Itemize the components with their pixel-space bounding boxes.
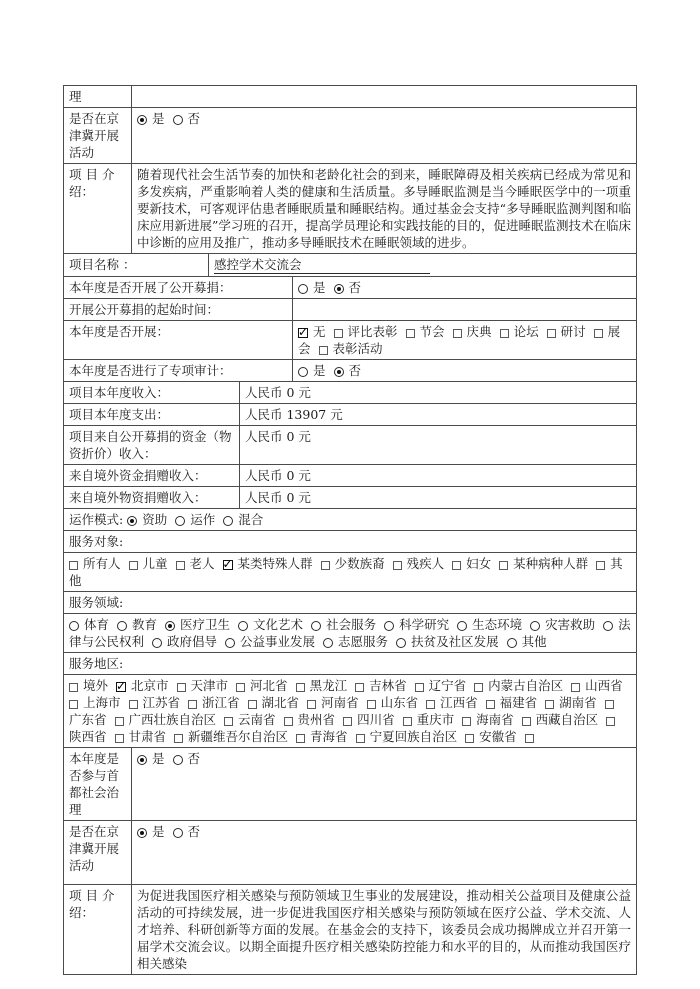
option-label: 教育: [132, 617, 157, 632]
option-label: 否: [188, 111, 201, 126]
option-label: 境外: [83, 678, 108, 693]
form-option: 福建省: [486, 695, 538, 710]
radio-group-audit: 是否: [293, 360, 636, 381]
option-label: 无: [313, 324, 326, 339]
option-label: 扶贫及社区发展: [411, 634, 499, 649]
form-option: 社会服务: [311, 617, 376, 632]
checkbox-icon[interactable]: [296, 683, 305, 692]
form-option: 境外: [69, 678, 108, 693]
checkbox-icon[interactable]: [571, 683, 580, 692]
radio-icon[interactable]: [173, 755, 183, 765]
section-label: 服务地区:: [64, 653, 636, 674]
field-label: 项 目 介 绍：: [64, 885, 132, 974]
row-public-fundraising-income: 项目来自公开募捐的资金（物资折价）收入： 人民币 0 元: [64, 425, 636, 464]
checkbox-icon[interactable]: [452, 561, 461, 570]
form-option: 甘肃省: [115, 729, 167, 744]
option-label: 吉林省: [369, 678, 407, 693]
radio-icon[interactable]: [396, 638, 406, 648]
project-intro-text-2: 为促进我国医疗相关感染与预防领域卫生事业的发展建设，推动相关公益项目及健康公益活…: [132, 885, 636, 974]
checkbox-icon[interactable]: [465, 734, 474, 743]
field-value: 人民币 13907 元: [240, 404, 636, 425]
field-label: 本年度是否进行了专项审计：: [64, 360, 293, 381]
option-label: 评比表彰: [348, 324, 398, 339]
form-option: 儿童: [129, 556, 168, 571]
checkbox-group-activities: 无评比表彰节会庆典论坛研讨展会表彰活动: [293, 321, 636, 359]
option-label: 陕西省: [69, 729, 107, 744]
form-option: 上海市: [69, 695, 121, 710]
checkbox-icon[interactable]: [224, 717, 233, 726]
option-label: 贵州省: [298, 712, 336, 727]
form-option: 辽宁省: [415, 678, 467, 693]
row-service-target-options: 所有人儿童老人某类特殊人群少数族裔残疾人妇女某种病种人群其他: [64, 552, 636, 591]
form-option: 文化艺术: [238, 617, 303, 632]
option-label: 文化艺术: [253, 617, 303, 632]
option-label: 某类特殊人群: [238, 556, 313, 571]
checkbox-icon[interactable]: [486, 700, 495, 709]
checkbox-icon[interactable]: [403, 717, 412, 726]
checkbox-icon[interactable]: [69, 683, 78, 692]
field-label: 项 目 介 绍：: [64, 164, 132, 253]
form-option: 政府倡导: [152, 634, 217, 649]
option-label: 浙江省: [202, 695, 240, 710]
field-label: 来自境外资金捐赠收入：: [64, 465, 240, 486]
form-option: 海南省: [462, 712, 514, 727]
checkbox-checked-icon[interactable]: [116, 682, 126, 692]
form-option: 河北省: [236, 678, 288, 693]
option-label: 广东省: [69, 712, 107, 727]
field-label: 开展公开募捐的起始时间：: [64, 299, 293, 320]
form-option: 节会: [406, 324, 445, 339]
field-label: 来自境外物资捐赠收入：: [64, 487, 240, 508]
option-label: 重庆市: [417, 712, 455, 727]
option-label: 生态环境: [472, 617, 522, 632]
form-option: 黑龙江: [296, 678, 348, 693]
checkbox-icon[interactable]: [406, 329, 415, 338]
option-label: 其他: [522, 634, 547, 649]
option-label: 青海省: [310, 729, 348, 744]
radio-icon[interactable]: [69, 621, 79, 631]
option-label: 表彰活动: [333, 341, 383, 356]
checkbox-icon[interactable]: [248, 700, 257, 709]
row-service-region-header: 服务地区:: [64, 652, 636, 674]
form-option: 研讨: [547, 324, 586, 339]
project-name-value: 感控学术交流会: [214, 256, 430, 274]
row-project-name: 项目名称 ： 感控学术交流会: [64, 253, 636, 276]
radio-group-mode: 资助运作混合: [127, 512, 263, 527]
checkbox-icon[interactable]: [415, 683, 424, 692]
form-option: 无: [298, 324, 326, 339]
section-label: 服务对象:: [64, 531, 636, 552]
checkbox-icon[interactable]: [176, 561, 185, 570]
row-special-audit: 本年度是否进行了专项审计： 是否: [64, 359, 636, 381]
option-label: 某种病种人群: [513, 556, 588, 571]
form-option: 公益事业发展: [225, 634, 315, 649]
option-label: 北京市: [131, 678, 169, 693]
radio-icon[interactable]: [507, 638, 517, 648]
form-option: 科学研究: [384, 617, 449, 632]
checkbox-icon[interactable]: [319, 346, 328, 355]
row-fundraising-start-time: 开展公开募捐的起始时间：: [64, 298, 636, 320]
radio-icon[interactable]: [117, 621, 127, 631]
document-page: { "table": { "continuation": { "label": …: [0, 0, 700, 989]
radio-icon[interactable]: [173, 115, 183, 125]
option-label: 江西省: [440, 695, 478, 710]
form-option: 残疾人: [393, 556, 445, 571]
radio-group-governance: 是否: [132, 748, 636, 820]
option-label: 是: [152, 751, 165, 766]
form-option: 新疆维吾尔自治区: [174, 729, 288, 744]
option-label: 西藏自治区: [536, 712, 599, 727]
field-label: 本年度是否参与首都社会治理: [64, 748, 132, 820]
form-option: 妇女: [452, 556, 491, 571]
radio-icon[interactable]: [603, 621, 613, 631]
option-label: 新疆维吾尔自治区: [188, 729, 288, 744]
radio-group-service-field: 体育教育医疗卫生文化艺术社会服务科学研究生态环境灾害救助法律与公民权利政府倡导公…: [64, 614, 636, 652]
form-option: 江西省: [426, 695, 478, 710]
radio-group-jjj1: 是否: [132, 108, 636, 163]
field-value: 人民币 0 元: [240, 426, 636, 464]
form-option: 论坛: [500, 324, 539, 339]
checkbox-group-service-target: 所有人儿童老人某类特殊人群少数族裔残疾人妇女某种病种人群其他: [64, 553, 636, 591]
form-option: 云南省: [224, 712, 276, 727]
checkbox-icon[interactable]: [522, 717, 531, 726]
field-label: 项目来自公开募捐的资金（物资折价）收入：: [64, 426, 240, 464]
option-label: 广西壮族自治区: [129, 712, 217, 727]
field-label: 是否在京津冀开展活动: [64, 108, 132, 163]
option-label: 上海市: [83, 695, 121, 710]
form-option: 湖南省: [545, 695, 597, 710]
form-option: 北京市: [116, 678, 169, 693]
checkbox-icon[interactable]: [355, 683, 364, 692]
option-label: 否: [188, 751, 201, 766]
checkbox-icon[interactable]: [606, 717, 615, 726]
form-option: 医疗卫生: [165, 617, 230, 632]
form-option: 贵州省: [284, 712, 336, 727]
form-option: 资助: [127, 512, 167, 527]
option-label: 是: [313, 363, 326, 378]
row-project-intro-2: 项 目 介 绍： 为促进我国医疗相关感染与预防领域卫生事业的发展建设，推动相关公…: [64, 884, 636, 974]
form-option: 其他: [507, 634, 547, 649]
option-label: 河南省: [321, 695, 359, 710]
option-label: 残疾人: [407, 556, 445, 571]
radio-icon[interactable]: [175, 516, 185, 526]
checkbox-icon[interactable]: [596, 561, 605, 570]
checkbox-icon[interactable]: [545, 700, 554, 709]
option-label: 海南省: [476, 712, 514, 727]
form-option: 天津市: [177, 678, 229, 693]
option-label: 山东省: [381, 695, 419, 710]
form-option: 混合: [223, 512, 263, 527]
field-label: 本年度是否开展了公开募捐：: [64, 277, 293, 298]
form-option: 是: [137, 111, 165, 126]
checkbox-group-service-region: 境外北京市天津市河北省黑龙江吉林省辽宁省内蒙古自治区山西省上海市江苏省浙江省湖北…: [64, 675, 636, 747]
radio-group-jjj2: 是否: [132, 821, 636, 884]
radio-icon[interactable]: [298, 367, 308, 377]
row-overseas-goods-income: 来自境外物资捐赠收入： 人民币 0 元: [64, 486, 636, 508]
field-label: 项目本年度支出：: [64, 404, 240, 425]
checkbox-icon[interactable]: [343, 717, 352, 726]
form-option: 否: [173, 824, 201, 839]
radio-icon[interactable]: [457, 621, 467, 631]
form-option: 生态环境: [457, 617, 522, 632]
form-option: 所有人: [69, 556, 121, 571]
checkbox-icon[interactable]: [594, 329, 603, 338]
form-option: 扶贫及社区发展: [396, 634, 499, 649]
form-option: 浙江省: [188, 695, 240, 710]
form-option: [525, 729, 539, 744]
checkbox-icon[interactable]: [367, 700, 376, 709]
option-label: 庆典: [467, 324, 492, 339]
option-label: 是: [152, 111, 165, 126]
option-label: 天津市: [191, 678, 229, 693]
form-option: 老人: [176, 556, 215, 571]
option-label: 是: [313, 280, 326, 295]
field-value: 感控学术交流会: [209, 254, 636, 276]
radio-icon[interactable]: [223, 516, 233, 526]
option-label: 内蒙古自治区: [488, 678, 563, 693]
checkbox-icon[interactable]: [296, 734, 305, 743]
field-value: 人民币 0 元: [240, 465, 636, 486]
checkbox-checked-icon[interactable]: [223, 560, 233, 570]
radio-icon[interactable]: [152, 638, 162, 648]
form-option: 否: [334, 363, 362, 378]
radio-selected-icon[interactable]: [137, 828, 147, 838]
radio-icon[interactable]: [384, 621, 394, 631]
checkbox-icon[interactable]: [547, 329, 556, 338]
field-value: [132, 86, 636, 107]
row-capital-governance: 本年度是否参与首都社会治理 是否: [64, 747, 636, 820]
form-option: 是: [137, 824, 165, 839]
form-option: 教育: [117, 617, 157, 632]
option-label: 湖北省: [262, 695, 300, 710]
checkbox-icon[interactable]: [499, 561, 508, 570]
form-option: 是: [298, 280, 326, 295]
checkbox-icon[interactable]: [334, 329, 343, 338]
option-label: 否: [349, 280, 362, 295]
option-label: 湖南省: [559, 695, 597, 710]
radio-icon[interactable]: [298, 284, 308, 294]
option-label: 河北省: [250, 678, 288, 693]
form-option: 少数族裔: [321, 556, 385, 571]
field-label: 是否在京津冀开展活动: [64, 821, 132, 884]
option-label: 黑龙江: [310, 678, 348, 693]
row-service-field-options: 体育教育医疗卫生文化艺术社会服务科学研究生态环境灾害救助法律与公民权利政府倡导公…: [64, 613, 636, 652]
radio-selected-icon[interactable]: [137, 755, 147, 765]
radio-icon[interactable]: [530, 621, 540, 631]
form-option: 重庆市: [403, 712, 455, 727]
radio-icon[interactable]: [238, 621, 248, 631]
row-public-fundraising: 本年度是否开展了公开募捐： 是否: [64, 276, 636, 298]
form-option: 湖北省: [248, 695, 300, 710]
form-option: 山西省: [571, 678, 623, 693]
checkbox-icon[interactable]: [177, 683, 186, 692]
option-label: 宁夏回族自治区: [370, 729, 458, 744]
option-label: 四川省: [357, 712, 395, 727]
radio-group-fundraise: 是否: [293, 277, 636, 298]
form-option: 西藏自治区: [522, 712, 599, 727]
radio-selected-icon[interactable]: [127, 516, 137, 526]
row-service-region-options: 境外北京市天津市河北省黑龙江吉林省辽宁省内蒙古自治区山西省上海市江苏省浙江省湖北…: [64, 674, 636, 747]
form-option: 志愿服务: [323, 634, 388, 649]
option-label: 安徽省: [479, 729, 517, 744]
field-label: 运作模式:: [69, 512, 123, 527]
form-option: 吉林省: [355, 678, 407, 693]
radio-selected-icon[interactable]: [334, 284, 344, 294]
row-jingjinji-activity-1: 是否在京津冀开展活动 是否: [64, 107, 636, 163]
row-service-field-header: 服务领域:: [64, 591, 636, 613]
form-option: 某种病种人群: [499, 556, 588, 571]
row-annual-expense: 项目本年度支出： 人民币 13907 元: [64, 403, 636, 425]
checkbox-icon[interactable]: [356, 734, 365, 743]
form-option: 广西壮族自治区: [115, 712, 217, 727]
checkbox-icon[interactable]: [307, 700, 316, 709]
form-option: 四川省: [343, 712, 395, 727]
checkbox-icon[interactable]: [69, 561, 78, 570]
option-label: 所有人: [83, 556, 121, 571]
checkbox-icon[interactable]: [115, 717, 124, 726]
field-value: 人民币 0 元: [240, 382, 636, 403]
option-label: 辽宁省: [429, 678, 467, 693]
field-label: 理: [64, 86, 132, 107]
form-option: 体育: [69, 617, 109, 632]
form-option: 否: [173, 751, 201, 766]
checkbox-icon[interactable]: [453, 329, 462, 338]
checkbox-icon[interactable]: [462, 717, 471, 726]
option-label: 研讨: [561, 324, 586, 339]
form-option: 内蒙古自治区: [474, 678, 563, 693]
form-option: 宁夏回族自治区: [356, 729, 458, 744]
checkbox-icon[interactable]: [284, 717, 293, 726]
option-label: 福建省: [500, 695, 538, 710]
option-label: 志愿服务: [338, 634, 388, 649]
radio-selected-icon[interactable]: [334, 367, 344, 377]
checkbox-icon[interactable]: [605, 700, 614, 709]
option-label: 妇女: [466, 556, 491, 571]
checkbox-icon[interactable]: [69, 700, 78, 709]
form-option: 表彰活动: [319, 341, 383, 356]
form-option: 青海省: [296, 729, 348, 744]
form-option: 某类特殊人群: [223, 556, 313, 571]
option-label: 论坛: [514, 324, 539, 339]
checkbox-icon[interactable]: [129, 561, 138, 570]
checkbox-icon[interactable]: [474, 683, 483, 692]
option-label: 老人: [190, 556, 215, 571]
form-option: 江苏省: [129, 695, 181, 710]
option-label: 运作: [190, 512, 215, 527]
option-label: 云南省: [238, 712, 276, 727]
option-label: 公益事业发展: [240, 634, 315, 649]
checkbox-checked-icon[interactable]: [298, 328, 308, 338]
field-label: 项目名称 ：: [64, 254, 209, 276]
radio-icon[interactable]: [323, 638, 333, 648]
option-label: 山西省: [585, 678, 623, 693]
option-label: 否: [188, 824, 201, 839]
option-label: 儿童: [143, 556, 168, 571]
checkbox-icon[interactable]: [525, 734, 534, 743]
option-label: 节会: [420, 324, 445, 339]
option-label: 科学研究: [399, 617, 449, 632]
option-label: 少数族裔: [335, 556, 385, 571]
option-label: 体育: [84, 617, 109, 632]
checkbox-icon[interactable]: [129, 700, 138, 709]
checkbox-icon[interactable]: [174, 734, 183, 743]
form-option: 是: [298, 363, 326, 378]
form-option: 否: [334, 280, 362, 295]
row-annual-income: 项目本年度收入： 人民币 0 元: [64, 381, 636, 403]
option-label: 社会服务: [326, 617, 376, 632]
option-label: 混合: [238, 512, 263, 527]
row-service-target-header: 服务对象:: [64, 530, 636, 552]
checkbox-icon[interactable]: [500, 329, 509, 338]
checkbox-icon[interactable]: [115, 734, 124, 743]
form-option: 庆典: [453, 324, 492, 339]
form-option: 灾害救助: [530, 617, 595, 632]
option-label: 资助: [142, 512, 167, 527]
option-label: 政府倡导: [167, 634, 217, 649]
form-option: 是: [137, 751, 165, 766]
form-option: 否: [173, 111, 201, 126]
field-label: 本年度是否开展：: [64, 321, 293, 359]
option-label: 否: [349, 363, 362, 378]
form-option: 河南省: [307, 695, 359, 710]
row-jingjinji-activity-2: 是否在京津冀开展活动 是否: [64, 820, 636, 884]
row-operation-mode: 运作模式:资助运作混合: [64, 508, 636, 530]
radio-icon[interactable]: [173, 828, 183, 838]
radio-selected-icon[interactable]: [137, 115, 147, 125]
row-continuation: 理: [64, 86, 636, 107]
field-label: 项目本年度收入：: [64, 382, 240, 403]
radio-icon[interactable]: [225, 638, 235, 648]
option-label: 是: [152, 824, 165, 839]
form-option: 山东省: [367, 695, 419, 710]
row-overseas-fund-income: 来自境外资金捐赠收入： 人民币 0 元: [64, 464, 636, 486]
annual-report-table: 理 是否在京津冀开展活动 是否 项 目 介 绍： 随着现代社会生活节奏的加快和老…: [63, 85, 637, 975]
row-project-intro-1: 项 目 介 绍： 随着现代社会生活节奏的加快和老龄化社会的到来，睡眠障碍及相关疾…: [64, 163, 636, 253]
radio-icon[interactable]: [311, 621, 321, 631]
row-activities-held: 本年度是否开展： 无评比表彰节会庆典论坛研讨展会表彰活动: [64, 320, 636, 359]
form-option: 评比表彰: [334, 324, 398, 339]
form-option: 安徽省: [465, 729, 517, 744]
option-label: 灾害救助: [545, 617, 595, 632]
checkbox-icon[interactable]: [393, 561, 402, 570]
operation-mode-cell: 运作模式:资助运作混合: [64, 509, 636, 530]
project-intro-text-1: 随着现代社会生活节奏的加快和老龄化社会的到来，睡眠障碍及相关疾病已经成为常见和多…: [132, 164, 636, 253]
field-value: [293, 299, 636, 320]
checkbox-icon[interactable]: [188, 700, 197, 709]
checkbox-icon[interactable]: [426, 700, 435, 709]
field-value: 人民币 0 元: [240, 487, 636, 508]
checkbox-icon[interactable]: [321, 561, 330, 570]
option-label: 江苏省: [143, 695, 181, 710]
option-label: 医疗卫生: [180, 617, 230, 632]
radio-selected-icon[interactable]: [165, 621, 175, 631]
form-option: 运作: [175, 512, 215, 527]
section-label: 服务领域:: [64, 592, 636, 613]
option-label: 甘肃省: [129, 729, 167, 744]
checkbox-icon[interactable]: [236, 683, 245, 692]
